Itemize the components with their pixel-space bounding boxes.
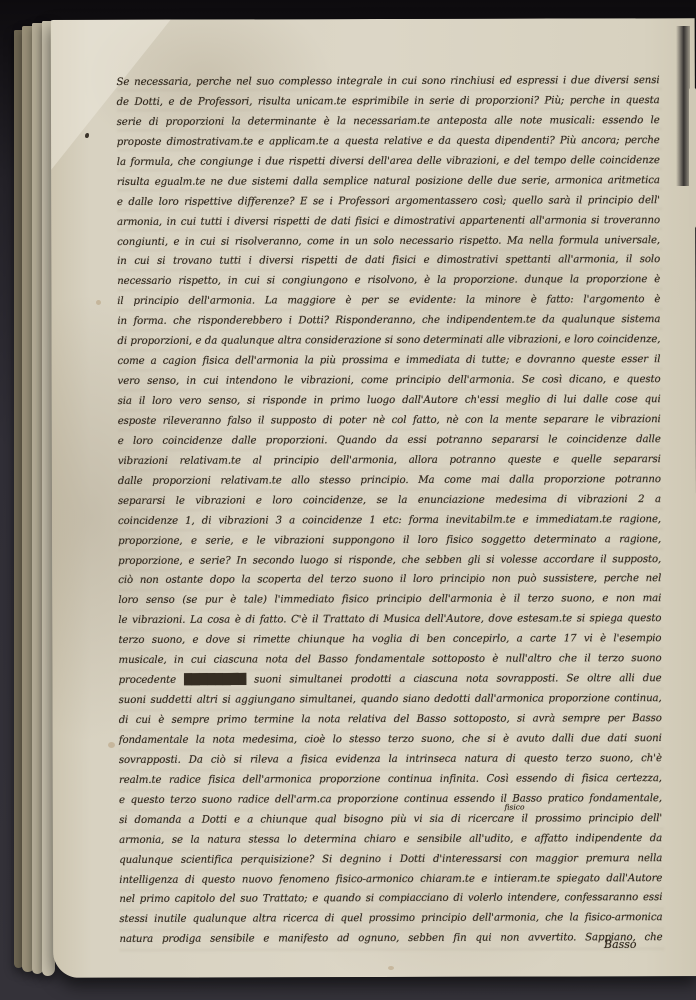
manuscript-line: de Dotti, e de Professori, risulta unica… [117,91,660,113]
manuscript-line: proporzione, e serie? In secondo luogo s… [118,550,661,572]
manuscript-line: Se necessaria, perche nel suo complesso … [116,71,659,93]
manuscript-text: Se necessaria, perche nel suo complesso … [116,71,662,950]
manuscript-line: nel primo capitolo del suo Trattato; e q… [119,888,662,910]
manuscript-line: e loro coincidenze dalle proporzioni. Qu… [118,430,661,452]
manuscript-line: sovrapposti. Da ciò si rileva a fisica e… [119,749,662,771]
fore-edge-sliver [689,88,696,228]
manuscript-line: in forma. che risponderebbero i Dotti? R… [117,310,660,332]
manuscript-line: vibrazioni relativam.te al principio del… [118,450,661,472]
manuscript-line: sia il loro vero senso, si risponde in p… [118,390,661,412]
manuscript-line: coincidenze 1, di vibrazioni 3 a coincid… [118,510,661,532]
manuscript-line: natura prodiga sensibile e manifesto ad … [119,928,662,950]
manuscript-line: realm.te radice fisica dell'armonica pro… [119,769,662,791]
foxing-spot [96,300,101,305]
catchword: Basso [604,938,684,951]
manuscript-line: serie di proporzioni la determinante è l… [117,111,660,133]
manuscript-line: musicale, in cui ciascuna nota del Basso… [118,649,661,671]
manuscript-line: esposte rileveranno falso il supposto di… [118,410,661,432]
manuscript-line: si domanda a Dotti e a chiunque qual bis… [119,809,662,831]
manuscript-line: proporzione, e serie, e le vibrazioni su… [118,530,661,552]
manuscript-line: proposte dimostrativam.te e applicam.te … [117,131,660,153]
manuscript-line: loro senso (se pur è tale) l'immediato f… [118,589,661,611]
manuscript-line: qualunque scientifica perquisizione? Si … [119,849,662,871]
manuscript-line: ciò non ostante dopo la scoperta del ter… [118,569,661,591]
manuscript-photo: Se necessaria, perche nel suo complesso … [0,0,696,1000]
manuscript-line: armonia, in cui tutti i diversi rispetti… [117,211,660,233]
foxing-spot [108,742,115,748]
manuscript-line: risulta egualm.te ne due sistemi dalla s… [117,171,660,193]
manuscript-line: come a cagion fisica dell'armonia la più… [117,350,660,372]
manuscript-line: le vibrazioni. La cosa è di fatto. C'è i… [118,609,661,631]
manuscript-line: di cui è sempre primo termine la nota re… [119,709,662,731]
manuscript-line: suoni suddetti altri si aggiungano simul… [119,689,662,711]
manuscript-line: la formula, che congiunge i due rispetti… [117,151,660,173]
manuscript-line: procedente ████████ suoni simultanei pro… [119,669,662,691]
manuscript-line: stessi inutile qualunque altra ricerca d… [119,908,662,930]
manuscript-line: il principio dell'armonia. La maggiore è… [117,290,660,312]
manuscript-line: fondamentale la nota medesima, cioè lo s… [119,729,662,751]
manuscript-line: e questo terzo suono radice dell'arm.ca … [119,789,662,811]
manuscript-line: intelligenza di questo nuovo fenomeno fi… [119,869,662,891]
manuscript-line: in cui si trovano tutti i diversi rispet… [117,250,660,272]
manuscript-line: e dalle loro rispettive differenze? E se… [117,191,660,213]
manuscript-line: vero senso, in cui intendono le vibrazio… [118,370,661,392]
crease-shadow [676,26,690,186]
manuscript-line: terzo suono, e dove si rimette chiunque … [118,629,661,651]
manuscript-line: congiunti, e in cui si risolveranno, com… [117,231,660,253]
manuscript-line: dalle proporzioni relativam.te allo stes… [118,470,661,492]
manuscript-line: armonia, se la natura stessa lo determin… [119,829,662,851]
manuscript-line: separarsi le vibrazioni e loro coinciden… [118,490,661,512]
interlinear-insertion: fisico [505,804,525,812]
manuscript-line: di proporzioni, e da qualunque altra con… [117,330,660,352]
manuscript-line: necessario rispetto, in cui si congiungo… [117,270,660,292]
foxing-spot [388,966,394,970]
